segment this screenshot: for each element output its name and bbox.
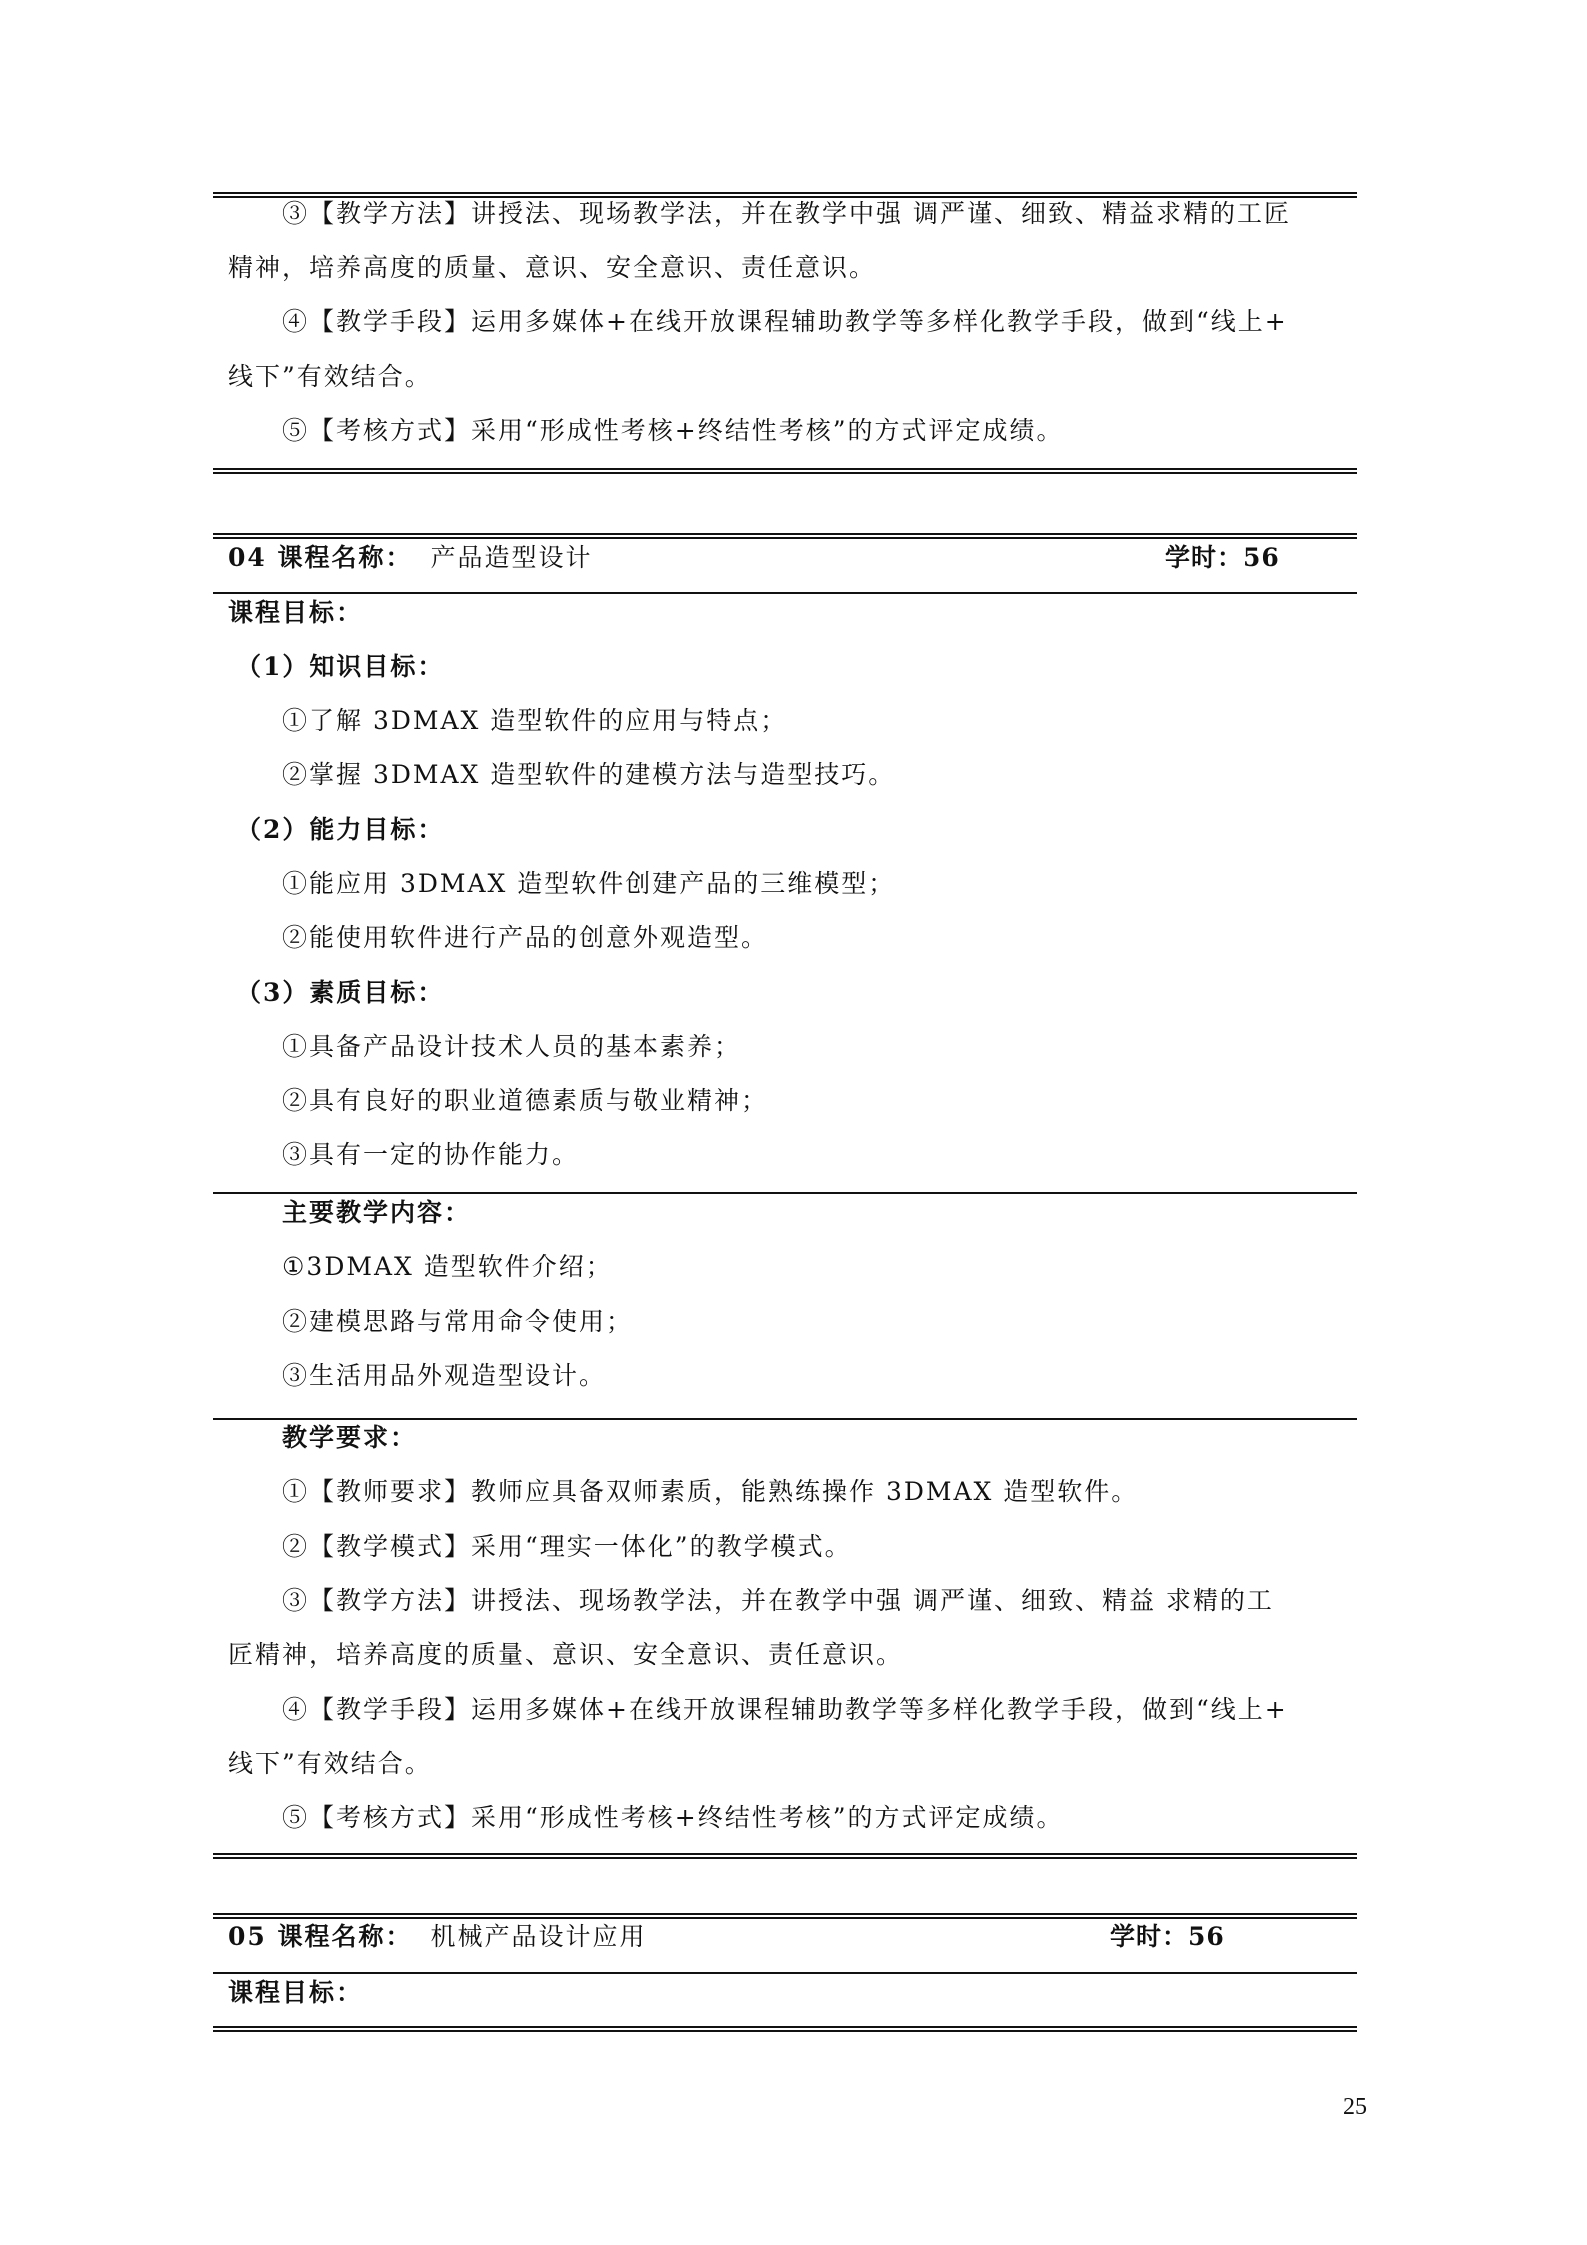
course04-content-divider xyxy=(213,1418,1357,1420)
requirement-assessment: ⑤【考核方式】采用“形成性考核+终结性考核”的方式评定成绩。 xyxy=(282,1803,1064,1833)
requirement-means-line1: ④【教学手段】运用多媒体+在线开放课程辅助教学等多样化教学手段，做到“线上+ xyxy=(282,1695,1288,1725)
course05-bottom-border xyxy=(213,2026,1357,2032)
course05-name: 机械产品设计应用 xyxy=(431,1922,647,1951)
quality-goals-heading: （3）素质目标： xyxy=(236,978,444,1008)
quality-goal-item: ③具有一定的协作能力。 xyxy=(282,1140,579,1170)
course04-title: 04 课程名称：产品造型设计 xyxy=(228,543,593,573)
course04-hours: 学时：56 xyxy=(1165,543,1280,573)
course05-number-label: 05 课程名称： xyxy=(228,1922,413,1951)
requirement-method-line1: ③【教学方法】讲授法、现场教学法，并在教学中强 调严谨、细致、精益求精的工匠 xyxy=(282,199,1291,229)
course05-top-border xyxy=(213,1913,1357,1919)
course04-number-label: 04 课程名称： xyxy=(228,543,413,572)
course05-header-divider xyxy=(213,1972,1357,1974)
content-item: ③生活用品外观造型设计。 xyxy=(282,1361,606,1391)
requirement-method-line1: ③【教学方法】讲授法、现场教学法，并在教学中强 调严谨、细致、精益 求精的工 xyxy=(282,1586,1274,1616)
quality-goal-item: ②具有良好的职业道德素质与敬业精神； xyxy=(282,1086,768,1116)
quality-goal-item: ①具备产品设计技术人员的基本素养； xyxy=(282,1032,741,1062)
requirements-heading: 教学要求： xyxy=(282,1423,417,1453)
knowledge-goal-item: ①了解 3DMAX 造型软件的应用与特点； xyxy=(282,706,787,736)
requirement-means-line2: 线下”有效结合。 xyxy=(228,362,432,392)
page-number: 25 xyxy=(1343,2094,1367,2121)
course05-hours: 学时：56 xyxy=(1110,1922,1225,1952)
course04-bottom-border xyxy=(213,1853,1357,1859)
course04-goals-divider xyxy=(213,1192,1357,1194)
course05-title: 05 课程名称：机械产品设计应用 xyxy=(228,1922,647,1952)
requirement-mode: ②【教学模式】采用“理实一体化”的教学模式。 xyxy=(282,1532,852,1562)
course04-goals-heading: 课程目标： xyxy=(228,598,363,628)
course05-goals-heading: 课程目标： xyxy=(228,1978,363,2008)
table-top-border xyxy=(213,192,1357,198)
course04-name: 产品造型设计 xyxy=(431,543,593,572)
knowledge-goal-item: ②掌握 3DMAX 造型软件的建模方法与造型技巧。 xyxy=(282,760,895,790)
table-bottom-border xyxy=(213,468,1357,474)
course04-top-border xyxy=(213,533,1357,539)
requirement-method-line2: 精神，培养高度的质量、意识、安全意识、责任意识。 xyxy=(228,253,876,283)
requirement-assessment: ⑤【考核方式】采用“形成性考核+终结性考核”的方式评定成绩。 xyxy=(282,416,1064,446)
ability-goal-item: ②能使用软件进行产品的创意外观造型。 xyxy=(282,923,768,953)
ability-goals-heading: （2）能力目标： xyxy=(236,815,444,845)
requirement-teacher: ①【教师要求】教师应具备双师素质，能熟练操作 3DMAX 造型软件。 xyxy=(282,1477,1138,1507)
ability-goal-item: ①能应用 3DMAX 造型软件创建产品的三维模型； xyxy=(282,869,895,899)
requirement-means-line2: 线下”有效结合。 xyxy=(228,1749,432,1779)
content-heading: 主要教学内容： xyxy=(282,1198,471,1228)
document-page: ③【教学方法】讲授法、现场教学法，并在教学中强 调严谨、细致、精益求精的工匠 精… xyxy=(0,0,1587,2245)
requirement-method-line2: 匠精神，培养高度的质量、意识、安全意识、责任意识。 xyxy=(228,1640,903,1670)
content-item: ②建模思路与常用命令使用； xyxy=(282,1307,633,1337)
requirement-means-line1: ④【教学手段】运用多媒体+在线开放课程辅助教学等多样化教学手段，做到“线上+ xyxy=(282,307,1288,337)
content-item: ①3DMAX 造型软件介绍； xyxy=(282,1252,613,1282)
course04-header-divider xyxy=(213,592,1357,594)
knowledge-goals-heading: （1）知识目标： xyxy=(236,652,444,682)
